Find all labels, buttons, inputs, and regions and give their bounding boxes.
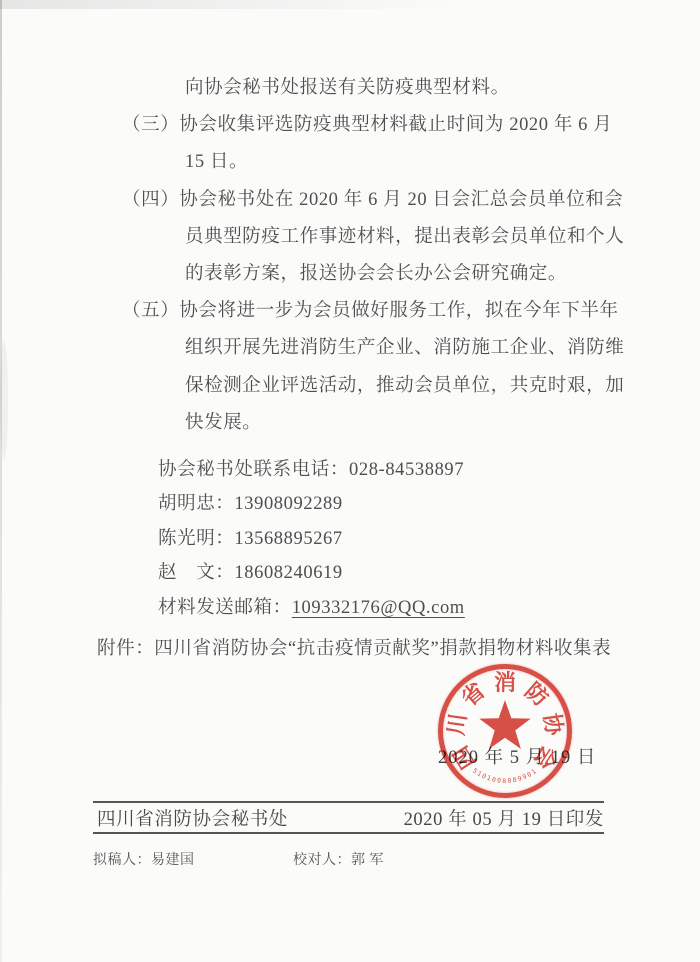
body-line-item-5: （五）协会将进一步为会员做好服务工作，拟在今年下半年 xyxy=(122,293,634,330)
scan-edge-artifact xyxy=(0,0,2,962)
body-line-item-4: （四）协会秘书处在 2020 年 6 月 20 日会汇总会员单位和会 xyxy=(122,182,634,219)
contact-value: 18608240619 xyxy=(234,563,342,583)
seal-code: 5101008089901 xyxy=(471,767,539,785)
scan-artifact xyxy=(0,0,460,9)
official-seal: 四 川 省 消 防 协 会 5101008089901 xyxy=(421,647,589,815)
svg-text:5101008089901: 5101008089901 xyxy=(471,767,539,785)
email-address: 109332176@QQ.com xyxy=(292,598,465,618)
body-line: 的表彰方案，报送协会会长办公会研究确定。 xyxy=(122,256,634,293)
scan-artifact xyxy=(0,340,8,460)
contact-value: 028-84538897 xyxy=(349,460,464,480)
contact-label: 胡明忠： xyxy=(158,494,234,514)
contact-label: 赵 文： xyxy=(158,563,234,583)
drafter: 拟稿人：易建国 xyxy=(93,853,195,868)
body-line: 组织开展先进消防生产企业、消防施工企业、消防维 xyxy=(122,330,634,367)
contact-value: 13908092289 xyxy=(234,494,342,514)
contact-row-hu: 胡明忠：13908092289 xyxy=(158,487,465,521)
body-line: 保检测企业评选活动，推动会员单位，共克时艰，加 xyxy=(122,368,634,405)
body-line: 15 日。 xyxy=(122,144,634,181)
contact-label: 协会秘书处联系电话： xyxy=(158,460,349,480)
scanned-notice-page: 向协会秘书处报送有关防疫典型材料。 （三）协会收集评选防疫典型材料截止时间为 2… xyxy=(0,0,700,962)
contact-value: 13568895267 xyxy=(234,529,342,549)
body-line: 向协会秘书处报送有关防疫典型材料。 xyxy=(122,70,634,107)
body-line: 员典型防疫工作事迹材料，提出表彰会员单位和个人 xyxy=(122,219,634,256)
body-line: 快发展。 xyxy=(122,405,634,442)
seal-code-arc: 5101008089901 xyxy=(421,647,589,815)
proofreader: 校对人：郭 军 xyxy=(293,849,384,869)
issuing-dept: 四川省消防协会秘书处 xyxy=(93,805,288,831)
contact-row-chen: 陈光明：13568895267 xyxy=(158,522,465,556)
contact-row-phone: 协会秘书处联系电话：028-84538897 xyxy=(158,453,465,487)
footer-credits: 拟稿人：易建国 校对人：郭 军 xyxy=(93,849,604,869)
contact-row-zhao: 赵 文：18608240619 xyxy=(158,556,465,590)
contact-row-email: 材料发送邮箱：109332176@QQ.com xyxy=(158,591,465,625)
footer-rule-bottom xyxy=(93,832,604,834)
contact-label: 材料发送邮箱： xyxy=(158,598,292,618)
body-line-item-3: （三）协会收集评选防疫典型材料截止时间为 2020 年 6 月 xyxy=(122,107,634,144)
notice-body: 向协会秘书处报送有关防疫典型材料。 （三）协会收集评选防疫典型材料截止时间为 2… xyxy=(122,70,634,442)
contact-label: 陈光明： xyxy=(158,529,234,549)
contact-block: 协会秘书处联系电话：028-84538897 胡明忠：13908092289 陈… xyxy=(158,453,465,625)
